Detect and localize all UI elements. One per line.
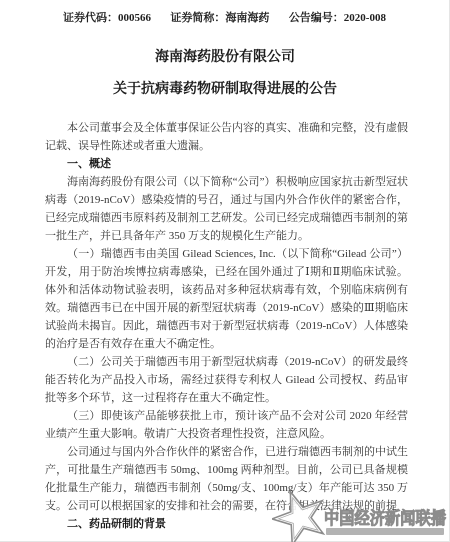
- overview-paragraph-1: 海南海药股份有限公司（以下简称“公司”）积极响应国家抗击新型冠状病毒（2019-…: [45, 173, 408, 245]
- document-header: 证券代码：000566 证券简称：海南海药 公告编号：2020-008: [0, 0, 450, 25]
- overview-paragraph-4: （三）即使该产品能够获批上市，预计该产品不会对公司 2020 年经营业绩产生重大…: [45, 407, 408, 443]
- overview-paragraph-2: （一）瑞德西韦由美国 Gilead Sciences, Inc.（以下简称“Gi…: [45, 245, 408, 353]
- board-declaration: 本公司董事会及全体董事保证公告内容的真实、准确和完整，没有虚假记载、误导性陈述或…: [45, 119, 408, 155]
- overview-paragraph-5: 公司通过与国内外合作伙伴的紧密合作，已进行瑞德西韦制剂的中试生产，可批量生产瑞德…: [45, 443, 408, 515]
- announcement-title: 关于抗病毒药物研制取得进展的公告: [0, 78, 450, 98]
- announcement-document: 证券代码：000566 证券简称：海南海药 公告编号：2020-008 海南海药…: [0, 0, 450, 542]
- stock-abbreviation: 证券简称：海南海药: [170, 9, 269, 25]
- section-1-heading: 一、概述: [45, 155, 408, 173]
- company-name-title: 海南海药股份有限公司: [0, 46, 450, 66]
- stock-code: 证券代码：000566: [63, 9, 151, 25]
- document-body: 本公司董事会及全体董事保证公告内容的真实、准确和完整，没有虚假记载、误导性陈述或…: [0, 119, 450, 533]
- section-2-heading: 二、药品研制的背景: [45, 515, 408, 533]
- overview-paragraph-3: （二）公司关于瑞德西韦用于新型冠状病毒（2019-nCoV）的研发最终能否转化为…: [45, 353, 408, 407]
- announcement-number: 公告编号：2020-008: [289, 9, 386, 25]
